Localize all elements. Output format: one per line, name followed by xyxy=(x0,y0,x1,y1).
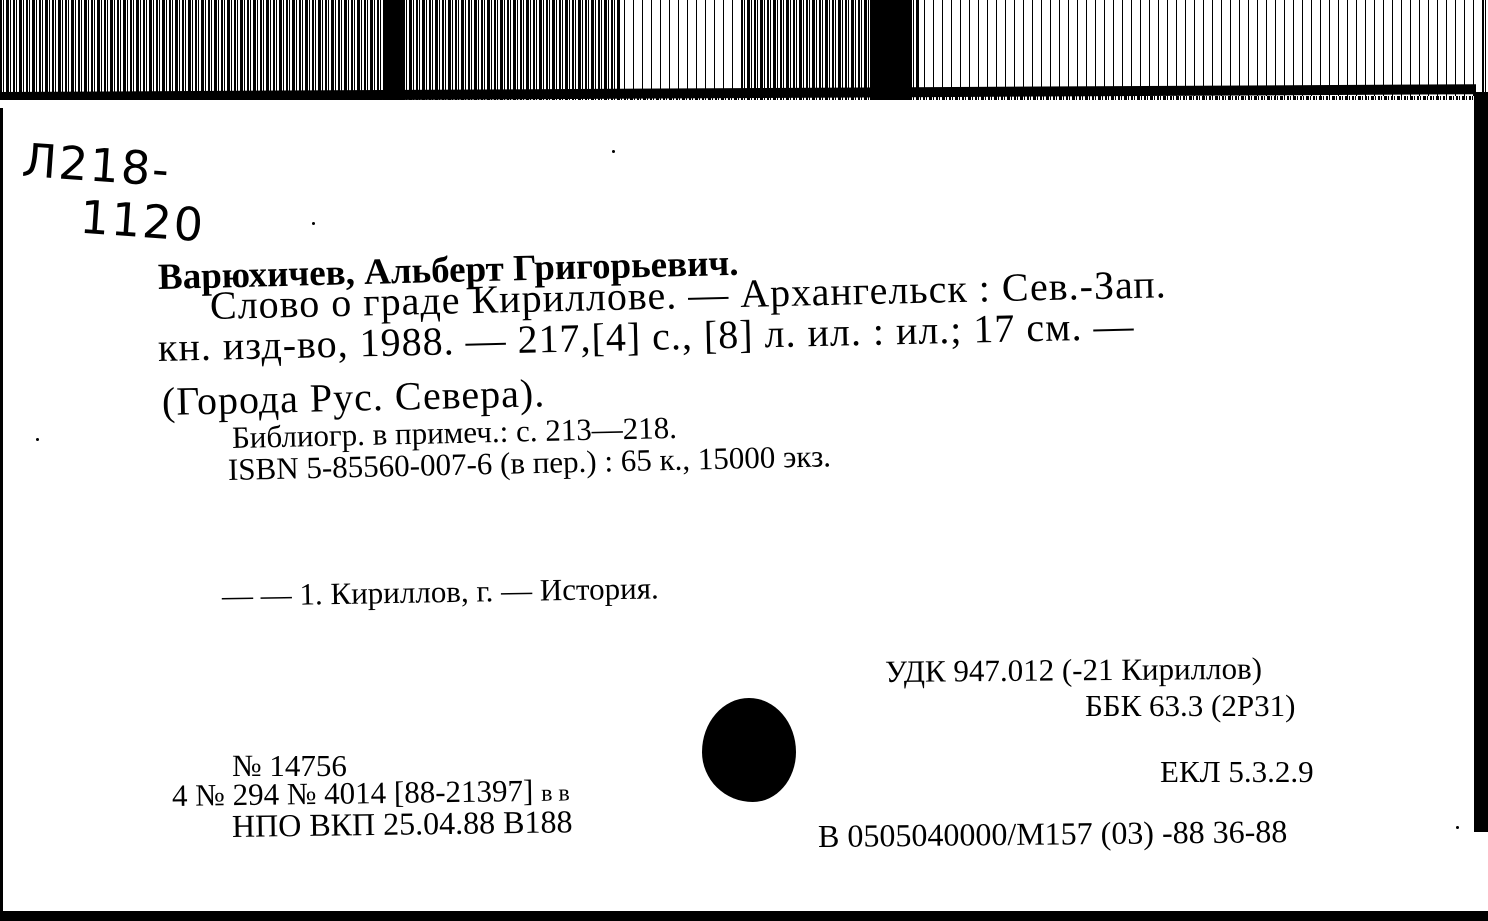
card-bottom-edge xyxy=(0,911,1488,921)
punch-hole xyxy=(702,698,796,802)
speck xyxy=(612,150,615,153)
subject-heading: — — 1. Кириллов, г. — История. xyxy=(222,570,659,614)
scan-dark-band xyxy=(385,0,405,100)
speck xyxy=(36,438,39,441)
catalog-code: В 0505040000/М157 (03) -88 36-88 xyxy=(818,813,1288,855)
scan-dark-band xyxy=(870,0,910,100)
scan-noise xyxy=(920,0,1480,96)
udk-code: УДК 947.012 (-21 Кириллов) xyxy=(885,651,1262,690)
bbk-code: ББК 63.3 (2Р31) xyxy=(1085,688,1295,724)
speck xyxy=(1456,826,1459,829)
handwritten-shelf-mark: Л218- xyxy=(20,135,172,195)
publisher-line: НПО ВКП 25.04.88 В188 xyxy=(232,803,573,845)
scan-noise xyxy=(620,0,740,96)
card-right-edge xyxy=(1474,92,1488,832)
ekl-code: ЕКЛ 5.3.2.9 xyxy=(1160,754,1314,790)
card-left-edge xyxy=(0,108,3,918)
handwritten-shelf-number: 1120 xyxy=(78,192,206,251)
speck xyxy=(312,222,315,225)
